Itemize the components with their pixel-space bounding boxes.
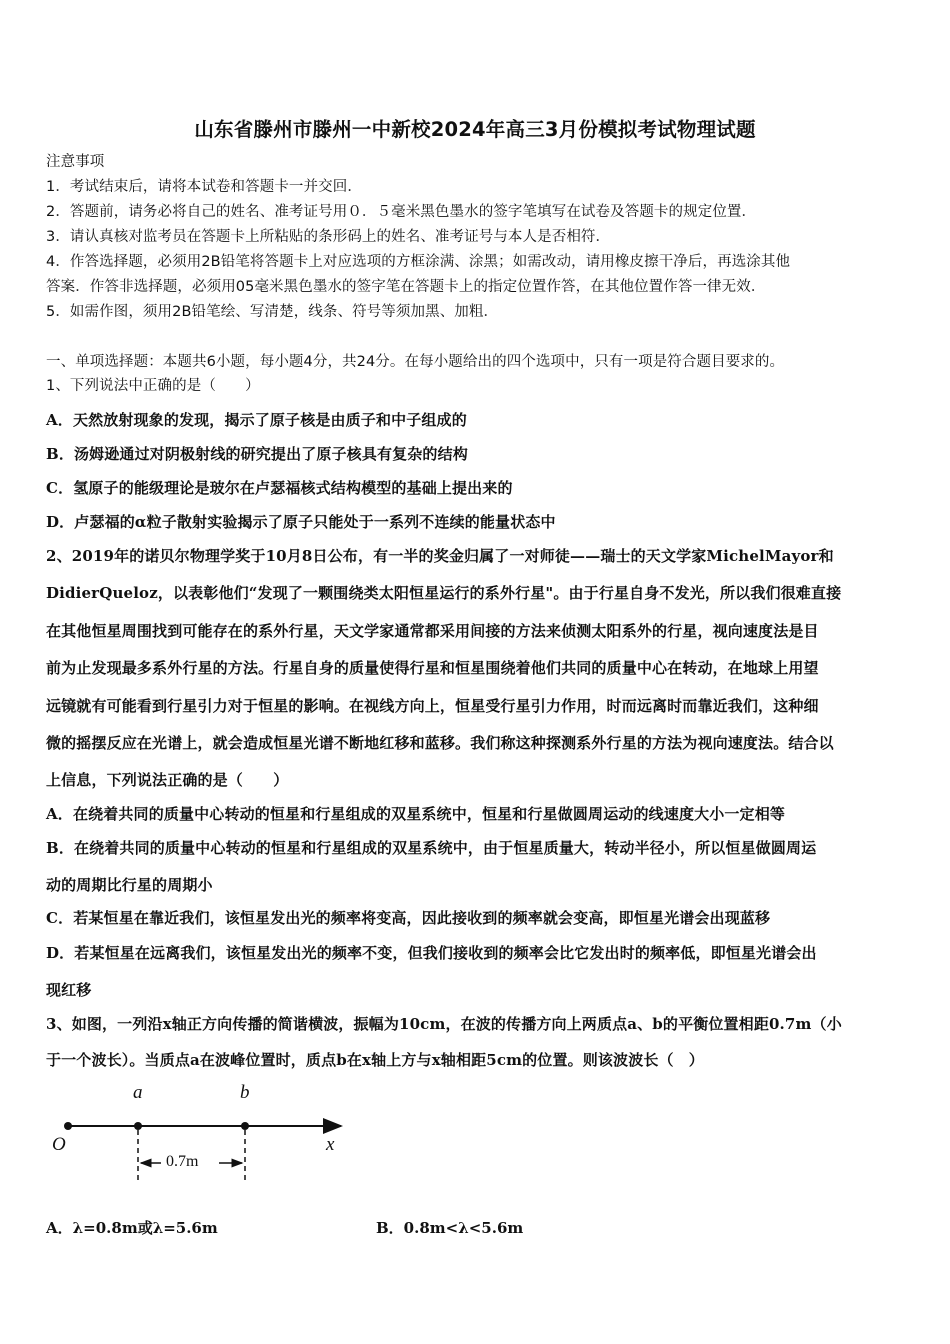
question-2-stem-line: 微的摇摆反应在光谱上，就会造成恒星光谱不断地红移和蓝移。我们称这种探测系外行星的… [46,733,834,753]
notice-item: 4．作答选择题，必须用2B铅笔将答题卡上对应选项的方框涂满、涂黑；如需改动，请用… [46,252,790,272]
question-2-option-b-cont: 动的周期比行星的周期小 [46,875,213,895]
notice-item: 5．如需作图，须用2B铅笔绘、写清楚，线条、符号等须加黑、加粗． [46,302,498,322]
question-2-stem-line: 远镜就有可能看到行星引力对于恒星的影响。在视线方向上，恒星受行星引力作用，时而远… [46,696,819,716]
question-1-option-d: D．卢瑟福的α粒子散射实验揭示了原子只能处于一系列不连续的能量状态中 [46,512,556,532]
question-2-option-a: A．在绕着共同的质量中心转动的恒星和行星组成的双星系统中，恒星和行星做圆周运动的… [46,804,785,824]
question-2-stem-line: 2、2019年的诺贝尔物理学奖于10月8日公布，有一半的奖金归属了一对师徒——瑞… [46,546,834,566]
question-1-stem: 1、下列说法中正确的是（ ） [46,376,260,396]
question-2-option-d: D．若某恒星在远离我们，该恒星发出光的频率不变，但我们接收到的频率会比它发出时的… [46,943,817,963]
question-1-option-b: B．汤姆逊通过对阴极射线的研究提出了原子核具有复杂的结构 [46,444,468,464]
notice-item: 2．答题前，请务必将自己的姓名、准考证号用０．５毫米黑色墨水的签字笔填写在试卷及… [46,202,756,222]
distance-label: 0.7m [166,1153,198,1171]
question-2-option-c: C．若某恒星在靠近我们，该恒星发出光的频率将变高，因此接收到的频率就会变高，即恒… [46,908,770,928]
notice-heading: 注意事项 [46,152,104,172]
question-3-option-a: A．λ=0.8m或λ=5.6m [46,1217,218,1238]
question-2-stem-line: 前为止发现最多系外行星的方法。行星自身的质量使得行星和恒星围绕着他们共同的质量中… [46,658,819,678]
notice-item: 答案．作答非选择题，必须用05毫米黑色墨水的签字笔在答题卡上的指定位置作答，在其… [46,277,765,297]
exam-title: 山东省滕州市滕州一中新校2024年高三3月份模拟考试物理试题 [0,114,950,142]
section-heading: 一、单项选择题：本题共6小题，每小题4分，共24分。在每小题给出的四个选项中，只… [46,352,784,372]
point-b-label: b [240,1082,250,1104]
wave-axis-diagram: a b O x 0.7m [46,1080,356,1185]
x-axis-label: x [326,1134,334,1156]
origin-label: O [52,1134,66,1156]
question-2-stem-line: 在其他恒星周围找到可能存在的系外行星，天文学家通常都采用间接的方法来侦测太阳系外… [46,621,819,641]
question-3-stem-line: 于一个波长）。当质点a在波峰位置时，质点b在x轴上方与x轴相距5cm的位置。则该… [46,1050,704,1070]
question-2-option-d-cont: 现红移 [46,980,91,1000]
question-3-option-b: B．0.8m<λ<5.6m [376,1217,523,1238]
question-1-option-c: C．氢原子的能级理论是玻尔在卢瑟福核式结构模型的基础上提出来的 [46,478,513,498]
notice-item: 3．请认真核对监考员在答题卡上所粘贴的条形码上的姓名、准考证号与本人是否相符． [46,227,610,247]
question-3-stem-line: 3、如图，一列沿x轴正方向传播的简谐横波，振幅为10cm，在波的传播方向上两质点… [46,1014,842,1034]
axis-figure [46,1080,356,1185]
question-2-option-b: B．在绕着共同的质量中心转动的恒星和行星组成的双星系统中，由于恒星质量大，转动半… [46,838,816,858]
question-1-option-a: A．天然放射现象的发现，揭示了原子核是由质子和中子组成的 [46,410,467,430]
point-a-label: a [133,1082,143,1104]
notice-item: 1．考试结束后，请将本试卷和答题卡一并交回． [46,177,362,197]
question-2-stem-line: 上信息，下列说法正确的是（ ） [46,770,288,790]
question-2-stem-line: DidierQueloz，以表彰他们“发现了一颗围绕类太阳恒星运行的系外行星"。… [46,583,841,603]
